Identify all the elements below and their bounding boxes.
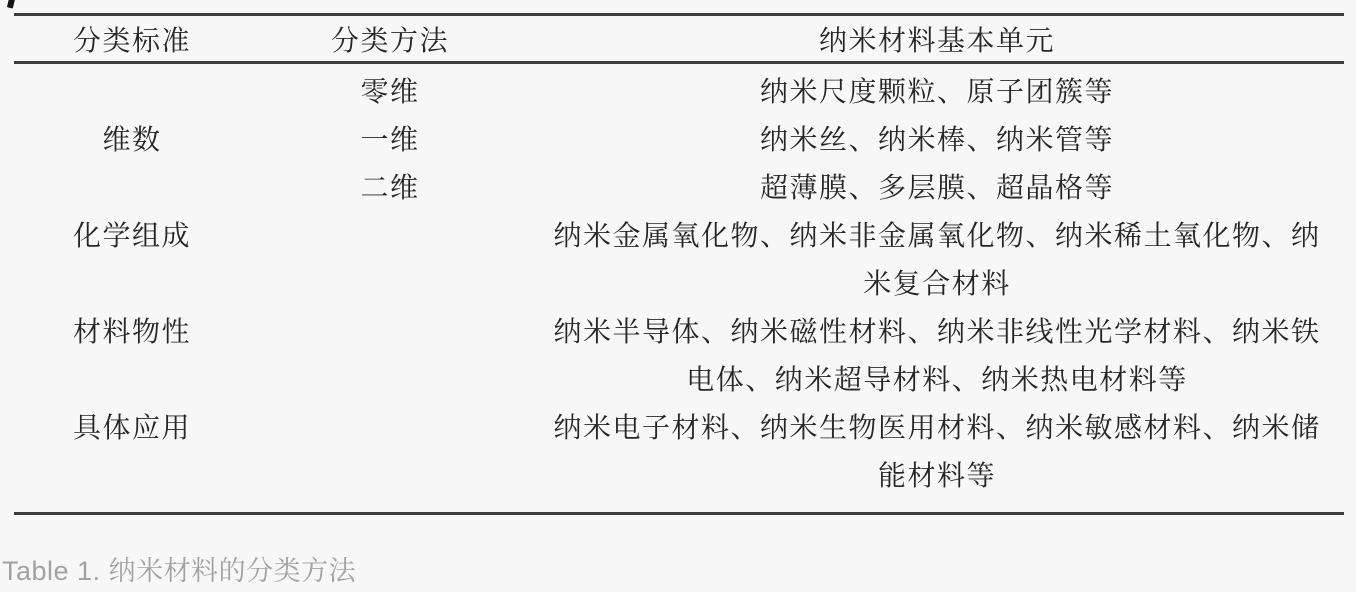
units-text: 纳米金属氧化物、纳米非金属氧化物、纳米稀土氧化物、纳米复合材料 — [546, 212, 1328, 308]
cell-methods — [250, 308, 530, 404]
method-two-d: 二维 — [250, 164, 530, 212]
cell-standard: 化学组成 — [14, 212, 250, 260]
method-zero-d: 零维 — [250, 68, 530, 116]
cell-methods: 零维 一维 二维 — [250, 68, 530, 212]
units-two-d: 超薄膜、多层膜、超晶格等 — [530, 164, 1344, 212]
column-header-method: 分类方法 — [250, 19, 530, 59]
table-row-dimension: 维数 零维 一维 二维 纳米尺度颗粒、原子团簇等 纳米丝、纳米棒、纳米管等 超薄… — [14, 68, 1344, 212]
column-header-standard: 分类标准 — [14, 19, 250, 59]
units-text: 纳米半导体、纳米磁性材料、纳米非线性光学材料、纳米铁电体、纳米超导材料、纳米热电… — [546, 308, 1328, 404]
cell-standard: 材料物性 — [14, 308, 250, 356]
units-one-d: 纳米丝、纳米棒、纳米管等 — [530, 116, 1344, 164]
cell-methods — [250, 404, 530, 500]
cell-units: 纳米金属氧化物、纳米非金属氧化物、纳米稀土氧化物、纳米复合材料 — [530, 212, 1344, 308]
table-row-chemical-composition: 化学组成 纳米金属氧化物、纳米非金属氧化物、纳米稀土氧化物、纳米复合材料 — [14, 212, 1344, 308]
cell-units: 纳米尺度颗粒、原子团簇等 纳米丝、纳米棒、纳米管等 超薄膜、多层膜、超晶格等 — [530, 68, 1344, 212]
table-caption: Table 1. 纳米材料的分类方法 — [2, 549, 356, 588]
cropped-text-artifact — [7, 0, 15, 9]
column-header-units: 纳米材料基本单元 — [530, 19, 1344, 59]
units-zero-d: 纳米尺度颗粒、原子团簇等 — [530, 68, 1344, 116]
cell-standard: 维数 — [14, 68, 250, 212]
method-one-d: 一维 — [250, 116, 530, 164]
classification-table: 分类标准 分类方法 纳米材料基本单元 维数 零维 一维 二维 纳米尺度颗粒、原子… — [14, 13, 1344, 515]
table-body: 维数 零维 一维 二维 纳米尺度颗粒、原子团簇等 纳米丝、纳米棒、纳米管等 超薄… — [14, 64, 1344, 515]
cell-methods — [250, 212, 530, 308]
cell-units: 纳米半导体、纳米磁性材料、纳米非线性光学材料、纳米铁电体、纳米超导材料、纳米热电… — [530, 308, 1344, 404]
table-row-specific-application: 具体应用 纳米电子材料、纳米生物医用材料、纳米敏感材料、纳米储能材料等 — [14, 404, 1344, 500]
table-row-material-properties: 材料物性 纳米半导体、纳米磁性材料、纳米非线性光学材料、纳米铁电体、纳米超导材料… — [14, 308, 1344, 404]
table-header-row: 分类标准 分类方法 纳米材料基本单元 — [14, 13, 1344, 64]
cell-units: 纳米电子材料、纳米生物医用材料、纳米敏感材料、纳米储能材料等 — [530, 404, 1344, 500]
cell-standard: 具体应用 — [14, 404, 250, 452]
document-page: 分类标准 分类方法 纳米材料基本单元 维数 零维 一维 二维 纳米尺度颗粒、原子… — [0, 0, 1356, 592]
units-text: 纳米电子材料、纳米生物医用材料、纳米敏感材料、纳米储能材料等 — [546, 404, 1328, 500]
